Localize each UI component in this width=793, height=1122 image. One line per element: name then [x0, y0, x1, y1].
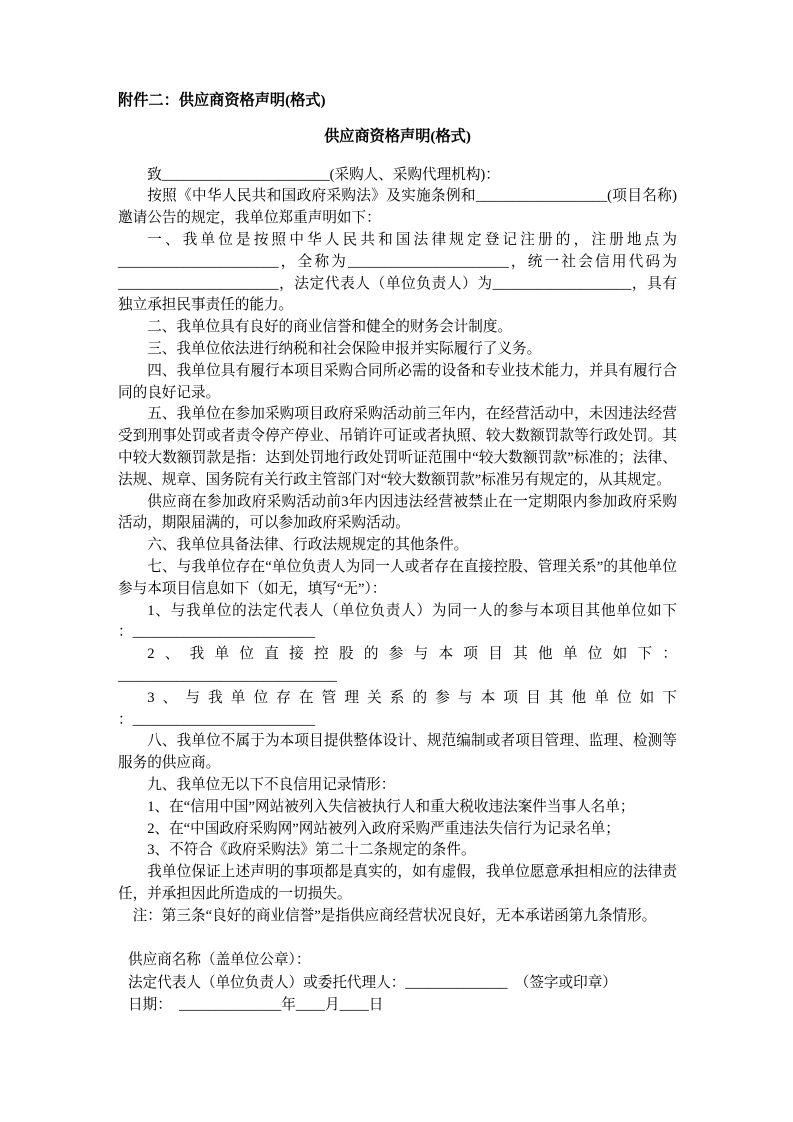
paragraph: 供应商在参加政府采购活动前3年内因违法经营被禁止在一定期限内参加政府采购活动，期… — [118, 492, 677, 536]
paragraph: 六、我单位具备法律、行政法规规定的其他条件。 — [118, 535, 677, 557]
paragraph: 2、我单位直接控股的参与本项目其他单位如下：__________________… — [118, 644, 677, 688]
paragraph: 1、在“信用中国”网站被列入失信被执行人和重大税收违法案件当事人名单； — [118, 797, 677, 819]
document-body: 致_______________________(采购人、采购代理机构)：按照《… — [118, 165, 677, 928]
document-page: 附件二：供应商资格声明(格式) 供应商资格声明(格式) 致___________… — [0, 0, 793, 1122]
paragraph: 3、与我单位存在管理关系的参与本项目其他单位如下：_______________… — [118, 688, 677, 732]
paragraph: 一、我单位是按照中华人民共和国法律规定登记注册的，注册地点为__________… — [118, 230, 677, 317]
paragraph-line: 1、与我单位的法定代表人（单位负责人）为同一人的参与本项目其他单位如下 — [118, 601, 677, 623]
signature-block: 供应商名称（盖单位公章）： 法定代表人（单位负责人）或委托代理人：_______… — [128, 949, 677, 1017]
paragraph: 二、我单位具有良好的商业信誉和健全的财务会计制度。 — [118, 317, 677, 339]
legal-representative-line: 法定代表人（单位负责人）或委托代理人：______________ （签字或印章… — [128, 972, 677, 995]
date-line: 日期： ______________年____月____日 — [128, 994, 677, 1017]
paragraph: 致_______________________(采购人、采购代理机构)： — [118, 165, 677, 187]
paragraph: 按照《中华人民共和国政府采购法》及实施条例和__________________… — [118, 186, 677, 230]
paragraph: 1、与我单位的法定代表人（单位负责人）为同一人的参与本项目其他单位如下：____… — [118, 601, 677, 645]
paragraph: 注：第三条“良好的商业信誉”是指供应商经营状况良好，无本承诺函第九条情形。 — [118, 906, 677, 928]
paragraph: 八、我单位不属于为本项目提供整体设计、规范编制或者项目管理、监理、检测等服务的供… — [118, 731, 677, 775]
paragraph: 九、我单位无以下不良信用记录情形： — [118, 775, 677, 797]
document-title: 供应商资格声明(格式) — [118, 126, 677, 148]
paragraph: 五、我单位在参加采购项目政府采购活动前三年内，在经营活动中，未因违法经营受到刑事… — [118, 404, 677, 491]
paragraph: 2、在“中国政府采购网”网站被列入政府采购严重违法失信行为记录名单； — [118, 819, 677, 841]
paragraph: 七、与我单位存在“单位负责人为同一人或者存在直接控股、管理关系”的其他单位参与本… — [118, 557, 677, 601]
paragraph: 四、我单位具有履行本项目采购合同所必需的设备和专业技术能力，并具有履行合同的良好… — [118, 361, 677, 405]
paragraph: 三、我单位依法进行纳税和社会保险申报并实际履行了义务。 — [118, 339, 677, 361]
blank-fill-line: ：_________________________ — [118, 710, 677, 732]
supplier-name-line: 供应商名称（盖单位公章）： — [128, 949, 677, 972]
paragraph: 我单位保证上述声明的事项都是真实的，如有虚假，我单位愿意承担相应的法律责任，并承… — [118, 862, 677, 906]
attachment-heading: 附件二：供应商资格声明(格式) — [118, 90, 677, 112]
paragraph: 3、不符合《政府采购法》第二十二条规定的条件。 — [118, 840, 677, 862]
blank-fill-line: ：_________________________ — [118, 622, 677, 644]
paragraph-line: 3、与我单位存在管理关系的参与本项目其他单位如下 — [118, 688, 677, 710]
